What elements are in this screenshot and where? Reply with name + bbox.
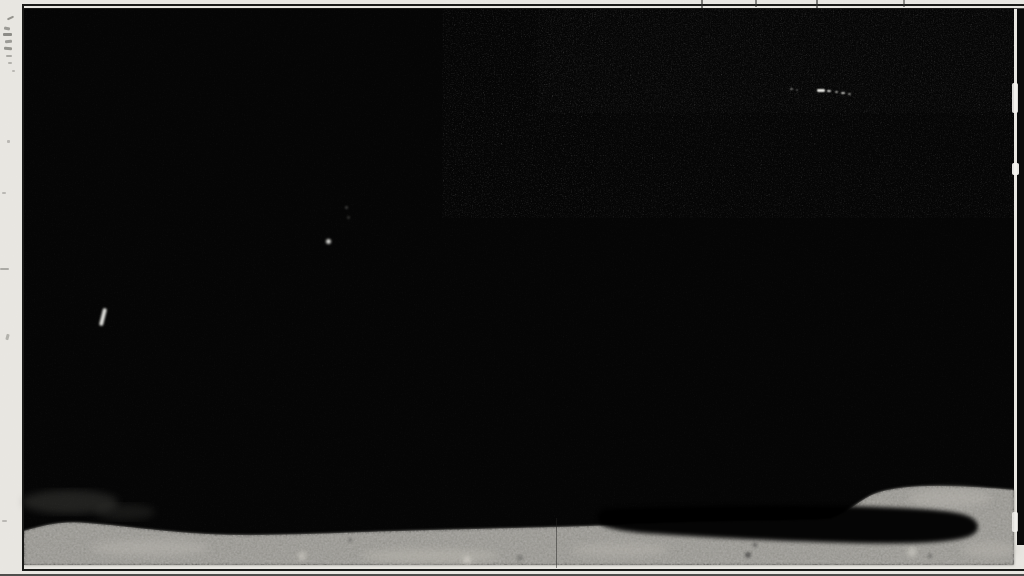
fold-line (556, 518, 557, 568)
bottom-rule (22, 569, 1024, 571)
right-edge-sliver (1017, 9, 1024, 545)
scanned-page (0, 0, 1024, 576)
top-rule-inner (22, 8, 1024, 9)
top-rule (22, 4, 1024, 6)
left-rule (22, 4, 24, 571)
photo-noise-topright2 (560, 8, 1010, 108)
photo-plate (0, 0, 1024, 576)
